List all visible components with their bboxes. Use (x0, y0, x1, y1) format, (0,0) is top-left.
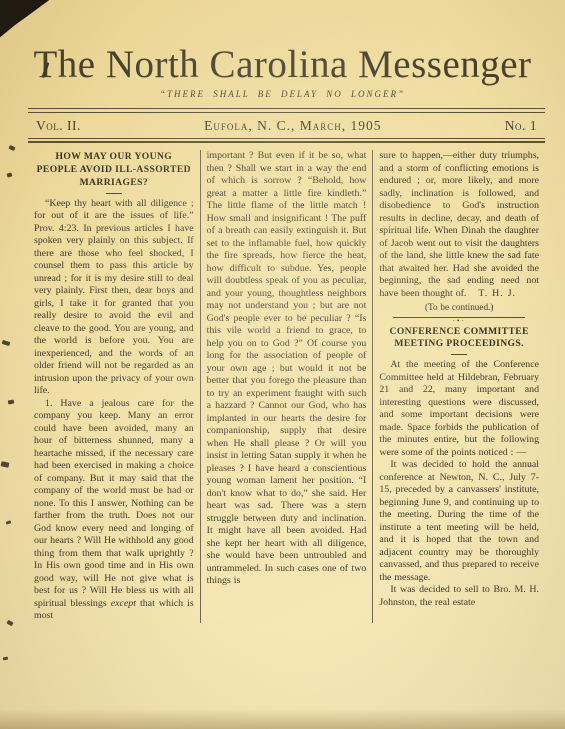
masthead: The North Carolina Messenger “THERE SHAL… (0, 0, 565, 99)
margin-speck (8, 145, 15, 151)
margin-speck (2, 340, 11, 346)
paragraph-text: sure to happen,—either duty triumphs, an… (379, 150, 539, 299)
margin-speck (8, 400, 15, 405)
article1-paragraph: 1. Have a jealous care for the company y… (34, 398, 194, 623)
article1-paragraph: important ? But even if it be so, what t… (207, 150, 367, 588)
article1-heading: HOW MAY OUR YOUNG PEOPLE AVOID ILL-ASSOR… (34, 151, 194, 190)
column-2: important ? But even if it be so, what t… (201, 150, 374, 623)
article-columns: HOW MAY OUR YOUNG PEOPLE AVOID ILL-ASSOR… (28, 150, 545, 623)
article2-paragraph: It was decided to hold the annual confer… (379, 459, 539, 584)
issue-number-label: No. 1 (505, 118, 537, 134)
place-date-label: Eufola, N. C., March, 1905 (81, 118, 505, 134)
article1-paragraph: “Keep thy heart with all diligence ; for… (34, 198, 194, 398)
margin-speck (6, 620, 13, 626)
article2-paragraph: It was decided to sell to Bro. M. H. Joh… (379, 584, 539, 609)
article1-paragraph: sure to happen,—either duty triumphs, an… (379, 150, 539, 300)
italic-word: except (111, 598, 136, 609)
heading-rule (451, 354, 467, 355)
column-1: HOW MAY OUR YOUNG PEOPLE AVOID ILL-ASSOR… (28, 150, 201, 623)
heading-rule (106, 193, 122, 194)
volume-label: Vol. II. (36, 118, 81, 134)
paragraph-text: 1. Have a jealous care for the company y… (34, 398, 194, 609)
to-be-continued-note: (To be continued.) (379, 300, 539, 314)
masthead-tagline: “THERE SHALL BE DELAY NO LONGER” (0, 89, 565, 99)
margin-speck (7, 172, 13, 177)
article2-heading: CONFERENCE COMMITTEE MEETING PROCEEDINGS… (379, 326, 539, 352)
dateline: Vol. II. Eufola, N. C., March, 1905 No. … (28, 113, 545, 138)
dateline-rule (28, 138, 545, 144)
column-3: sure to happen,—either duty triumphs, an… (373, 150, 545, 623)
margin-speck (6, 520, 12, 525)
newspaper-page: The North Carolina Messenger “THERE SHAL… (0, 0, 565, 729)
article2-paragraph: At the meeting of the Conference Committ… (379, 359, 539, 459)
section-divider-ornament: ·•· (379, 318, 539, 325)
author-initials: T. H. J. (478, 288, 516, 299)
margin-speck (1, 461, 10, 468)
page-curl-shadow (0, 709, 565, 729)
margin-speck (3, 657, 8, 661)
newspaper-title: The North Carolina Messenger (0, 44, 565, 86)
